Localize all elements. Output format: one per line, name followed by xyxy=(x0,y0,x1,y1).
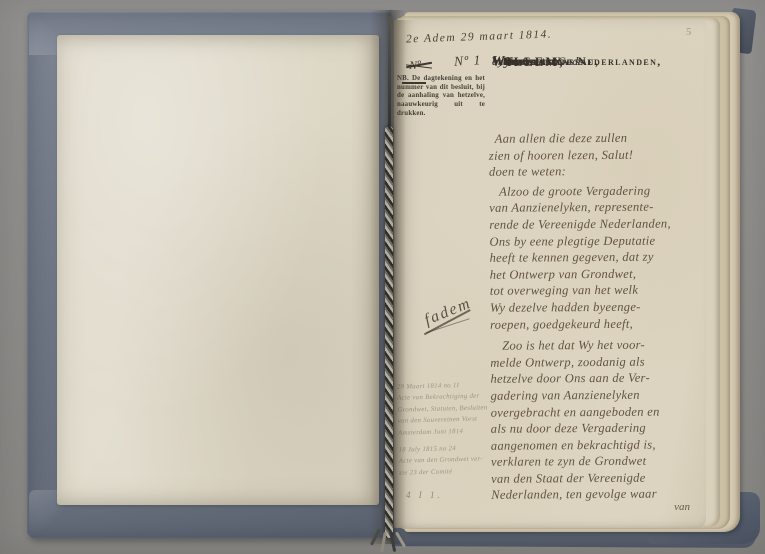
manuscript-line: Aan allen die deze zullen xyxy=(489,129,705,147)
heading-enz: enz. enz. enz. xyxy=(492,53,564,71)
catchword: van xyxy=(490,501,690,513)
decree-number: Nº 1 xyxy=(454,52,482,69)
manuscript-line: Ons by eene plegtige Deputatie xyxy=(489,232,705,250)
manuscript-line: van Aanzienelyken, represente- xyxy=(489,199,705,217)
left-blank-doublure-page xyxy=(57,35,379,505)
binding-cord-upper xyxy=(388,16,391,132)
manuscript-line: rende de Vereenigde Nederlanden, xyxy=(489,215,705,233)
manuscript-line: doen te weten: xyxy=(489,162,705,180)
manuscript-line: Alzoo de groote Vergadering xyxy=(489,182,705,200)
manuscript-line: heeft te kennen gegeven, dat zy xyxy=(490,248,706,266)
right-manuscript-page: 5 2e Adem 29 maart 1814. Nº Nº 1 Wy WILL… xyxy=(394,20,706,528)
manuscript-line: roepen, goedgekeurd heeft, xyxy=(490,315,706,333)
handwritten-date-line: 2e Adem 29 maart 1814. xyxy=(406,28,553,45)
binding-cord xyxy=(385,126,393,538)
printed-margin-note: NB. De dagtekening en het nummer van dit… xyxy=(397,75,485,119)
page-number-stamp: 5 xyxy=(686,26,692,38)
faint-pencil-annotations: 29 Maart 1814 no 11Acte van Bekrachtigin… xyxy=(397,378,530,479)
manuscript-line: zien of hooren lezen, Salut! xyxy=(489,146,705,164)
manuscript-line: tot overweging van het welk xyxy=(490,282,706,300)
manuscript-line: melde Ontwerp, zoodanig als xyxy=(490,353,706,371)
photo-open-register-book: 5 2e Adem 29 maart 1814. Nº Nº 1 Wy WILL… xyxy=(0,0,765,554)
manuscript-line: Wy dezelve hadden byeenge- xyxy=(490,298,706,316)
manuscript-line: het Ontwerp van Grondwet, xyxy=(490,265,706,283)
manuscript-line: Zoo is het dat Wy het voor- xyxy=(490,336,706,354)
pencil-foliation-mark: 4 I 1. xyxy=(406,490,443,500)
